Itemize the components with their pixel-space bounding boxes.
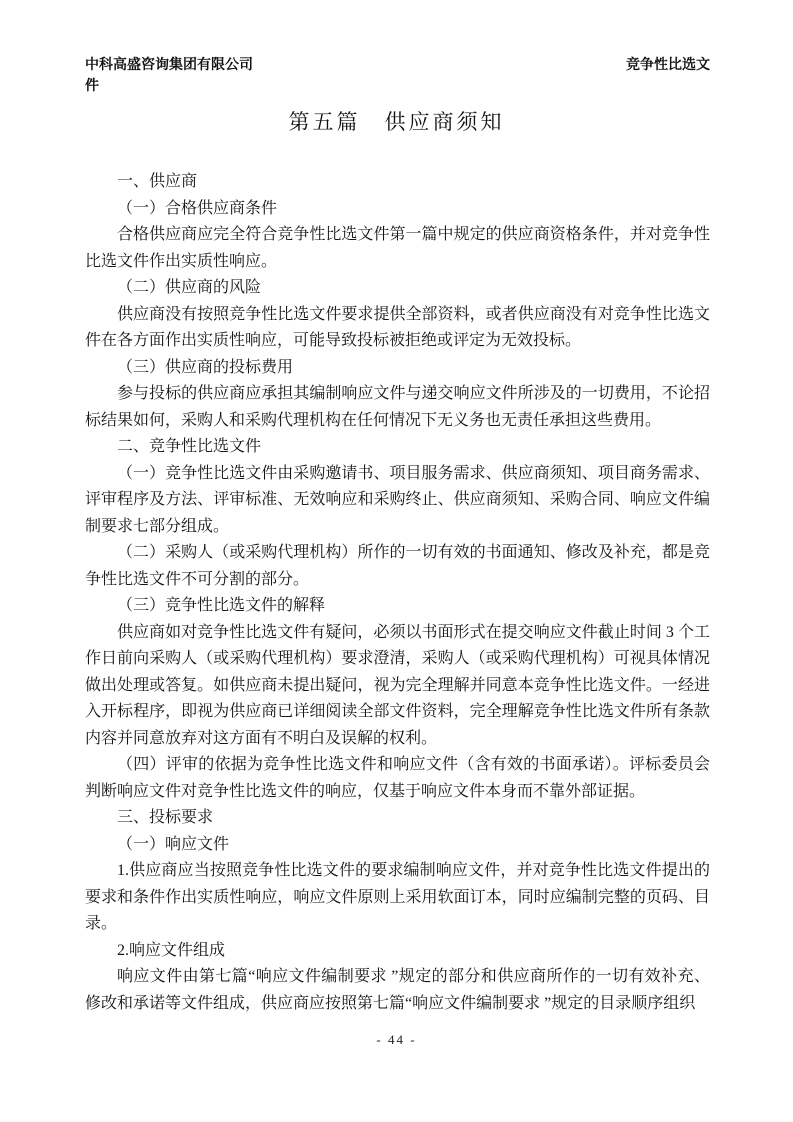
document-body: 一、供应商（一）合格供应商条件合格供应商应完全符合竞争性比选文件第一篇中规定的供…	[85, 169, 710, 1017]
header-doc-type-wrap: 件	[85, 75, 710, 96]
paragraph: 2.响应文件组成	[85, 938, 710, 965]
paragraph: （一）响应文件	[85, 832, 710, 859]
page-title: 第五篇 供应商须知	[0, 106, 793, 136]
page-footer: - 44 -	[0, 1032, 793, 1048]
paragraph: （三）供应商的投标费用	[85, 355, 710, 382]
paragraph: 三、投标要求	[85, 805, 710, 832]
paragraph: 一、供应商	[85, 169, 710, 196]
paragraph: 合格供应商应完全符合竞争性比选文件第一篇中规定的供应商资格条件，并对竞争性比选文…	[85, 222, 710, 275]
paragraph: （三）竞争性比选文件的解释	[85, 593, 710, 620]
header-doc-type: 竞争性比选文	[626, 54, 710, 75]
paragraph: （二）供应商的风险	[85, 275, 710, 302]
paragraph: 参与投标的供应商应承担其编制响应文件与递交响应文件所涉及的一切费用，不论招标结果…	[85, 381, 710, 434]
paragraph: 二、竞争性比选文件	[85, 434, 710, 461]
page-header: 中科高盛咨询集团有限公司 竞争性比选文 件	[85, 54, 710, 96]
paragraph: 供应商没有按照竞争性比选文件要求提供全部资料，或者供应商没有对竞争性比选文件在各…	[85, 302, 710, 355]
paragraph: （一）合格供应商条件	[85, 196, 710, 223]
paragraph: （一）竞争性比选文件由采购邀请书、项目服务需求、供应商须知、项目商务需求、评审程…	[85, 461, 710, 541]
paragraph: 供应商如对竞争性比选文件有疑问，必须以书面形式在提交响应文件截止时间 3 个工作…	[85, 620, 710, 753]
page-number: - 44 -	[376, 1032, 416, 1047]
header-line: 中科高盛咨询集团有限公司 竞争性比选文	[85, 54, 710, 75]
paragraph: （四）评审的依据为竞争性比选文件和响应文件（含有效的书面承诺）。评标委员会判断响…	[85, 752, 710, 805]
header-company: 中科高盛咨询集团有限公司	[85, 54, 253, 75]
paragraph: 1.供应商应当按照竞争性比选文件的要求编制响应文件，并对竞争性比选文件提出的要求…	[85, 858, 710, 938]
paragraph: 响应文件由第七篇“响应文件编制要求 ”规定的部分和供应商所作的一切有效补充、修改…	[85, 964, 710, 1017]
paragraph: （二）采购人（或采购代理机构）所作的一切有效的书面通知、修改及补充，都是竞争性比…	[85, 540, 710, 593]
document-page: 中科高盛咨询集团有限公司 竞争性比选文 件 第五篇 供应商须知 一、供应商（一）…	[0, 0, 793, 1122]
